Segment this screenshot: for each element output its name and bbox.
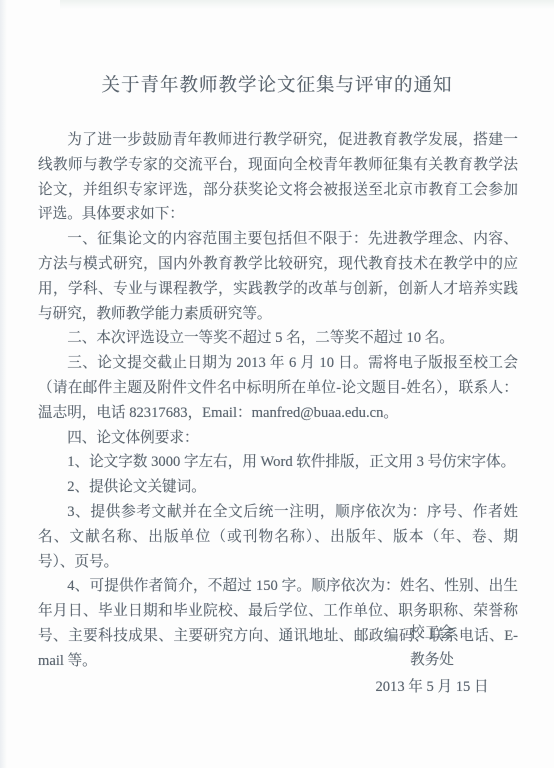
notice-item-1-scope: 一、征集论文的内容范围主要包括但不限于：先进教学理念、内容、方法与模式研究，国内… <box>38 227 518 326</box>
notice-subitem-1-wordcount: 1、论文字数 3000 字左右，用 Word 软件排版，正文用 3 号仿宋字体。 <box>38 450 518 475</box>
notice-item-3-deadline-contact: 三、论文提交截止日期为 2013 年 6 月 10 日。需将电子版报至校工会（请… <box>38 351 518 425</box>
notice-title: 关于青年教师教学论文征集与评审的通知 <box>0 0 554 97</box>
notice-body: 为了进一步鼓励青年教师进行教学研究，促进教育教学发展，搭建一线教师与教学专家的交… <box>38 128 518 674</box>
signature-date: 2013 年 5 月 15 日 <box>332 674 532 701</box>
notice-subitem-2-keywords: 2、提供论文关键词。 <box>38 475 518 500</box>
notice-item-4-format-heading: 四、论文体例要求： <box>38 426 518 451</box>
scanned-notice-page: 关于青年教师教学论文征集与评审的通知 为了进一步鼓励青年教师进行教学研究，促进教… <box>0 0 554 768</box>
signature-block: 校工会 教务处 2013 年 5 月 15 日 <box>332 620 532 701</box>
notice-item-2-awards: 二、本次评选设立一等奖不超过 5 名，二等奖不超过 10 名。 <box>38 326 518 351</box>
notice-subitem-3-references: 3、提供参考文献并在全文后统一注明，顺序依次为：序号、作者姓名、文献名称、出版单… <box>38 500 518 574</box>
signature-org-union: 校工会 <box>332 620 532 647</box>
signature-org-academic-affairs: 教务处 <box>332 647 532 674</box>
scan-edge-artifact-left <box>0 0 7 768</box>
notice-intro-paragraph: 为了进一步鼓励青年教师进行教学研究，促进教育教学发展，搭建一线教师与教学专家的交… <box>38 128 518 227</box>
